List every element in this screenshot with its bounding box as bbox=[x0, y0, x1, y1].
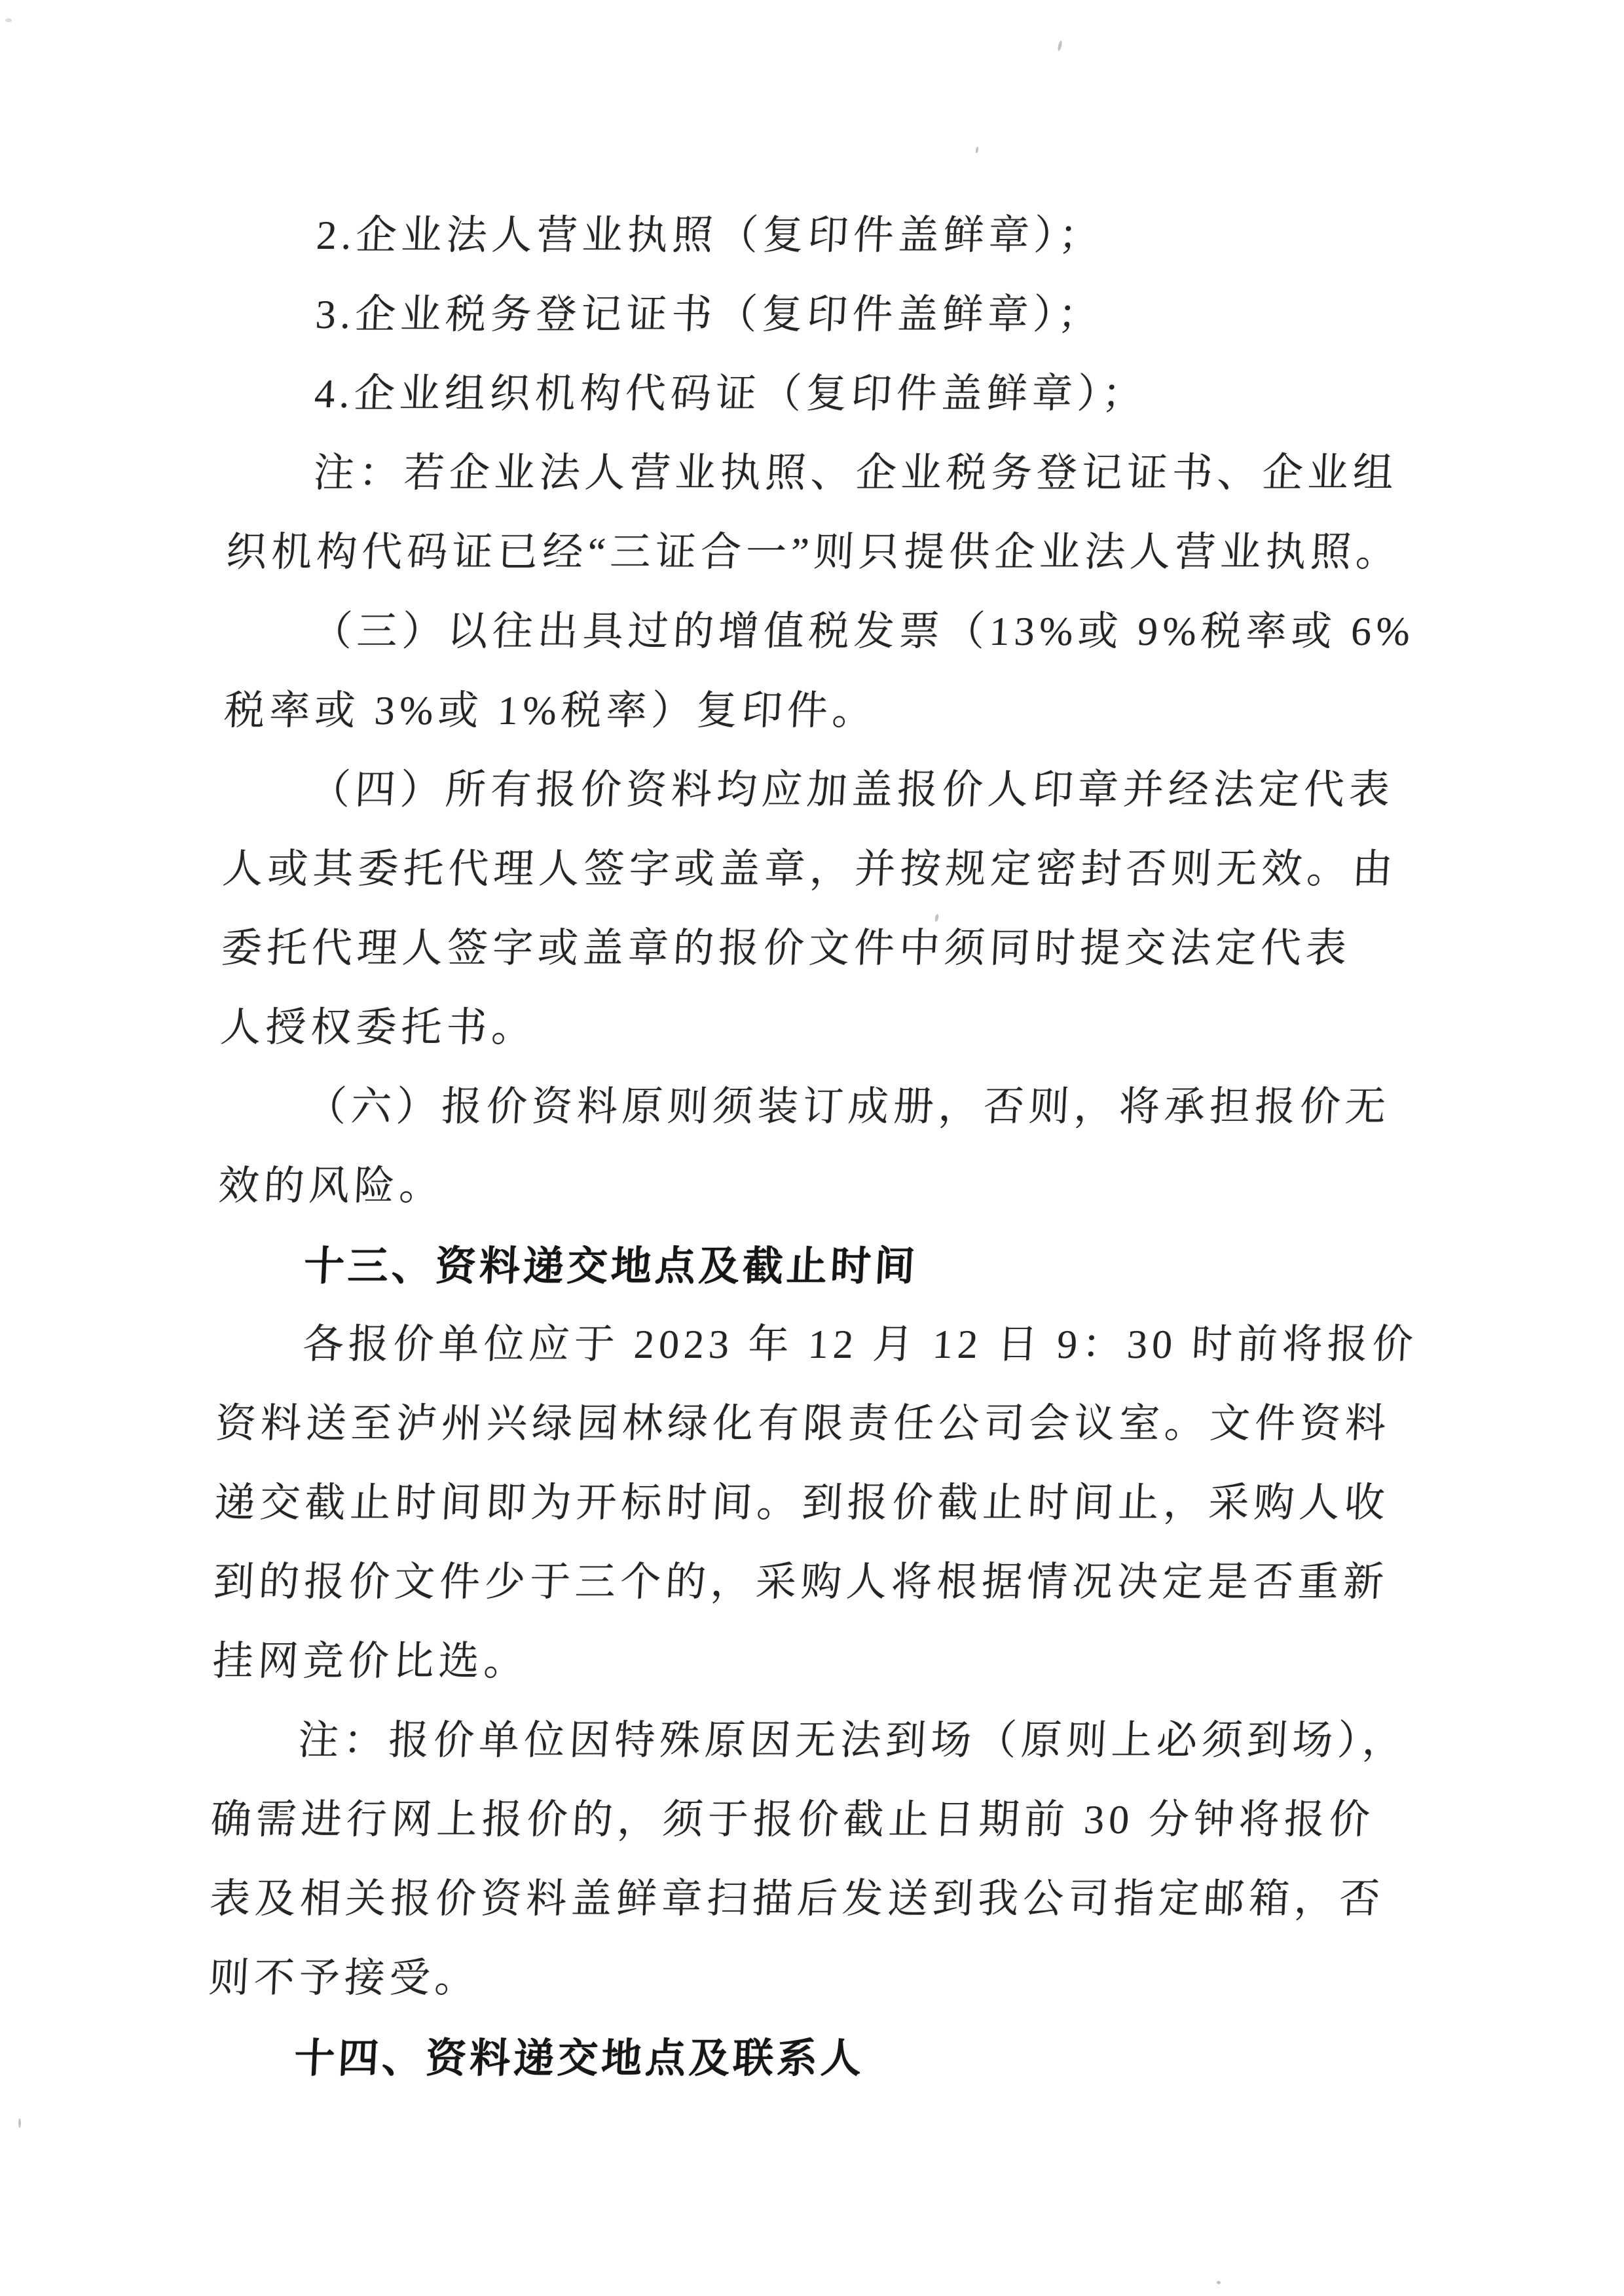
section-13-note-line-2: 确需进行网上报价的，须于报价截止日期前 30 分钟将报价 bbox=[209, 1781, 1398, 1860]
scan-speck bbox=[18, 2119, 21, 2128]
document-body: 2.企业法人营业执照（复印件盖鲜章）； 3.企业税务登记证书（复印件盖鲜章）； … bbox=[208, 196, 1416, 2098]
section-13-para-line-4: 到的报价文件少于三个的，采购人将根据情况决定是否重新 bbox=[212, 1543, 1401, 1622]
list-item-2-business-license: 2.企业法人营业执照（复印件盖鲜章）； bbox=[228, 196, 1417, 276]
note-three-in-one-line-1: 注：若企业法人营业执照、企业税务登记证书、企业组 bbox=[225, 434, 1414, 513]
clause-4-seal-signature-line-2: 人或其委托代理人签字或盖章，并按规定密封否则无效。由 bbox=[220, 830, 1409, 909]
section-13-para-line-1: 各报价单位应于 2023 年 12 月 12 日 9：30 时前将报价 bbox=[215, 1305, 1404, 1385]
section-13-note-line-1: 注：报价单位因特殊原因无法到场（原则上必须到场）， bbox=[210, 1702, 1399, 1781]
note-three-in-one-line-2: 织机构代码证已经“三证合一”则只提供企业法人营业执照。 bbox=[224, 513, 1413, 592]
list-item-3-tax-registration: 3.企业税务登记证书（复印件盖鲜章）； bbox=[227, 276, 1416, 355]
clause-6-binding-line-1: （六）报价资料原则须装订成册，否则，将承担报价无 bbox=[217, 1068, 1407, 1147]
scan-speck bbox=[1057, 41, 1063, 52]
document-page: 2.企业法人营业执照（复印件盖鲜章）； 3.企业税务登记证书（复印件盖鲜章）； … bbox=[0, 0, 1624, 2296]
scan-speck bbox=[5, 18, 12, 22]
clause-3-vat-invoice-line-1: （三）以往出具过的增值税发票（13%或 9%税率或 6% bbox=[223, 592, 1412, 672]
list-item-4-org-code-certificate: 4.企业组织机构代码证（复印件盖鲜章）； bbox=[226, 355, 1415, 434]
clause-6-binding-line-2: 效的风险。 bbox=[217, 1147, 1406, 1226]
scan-speck bbox=[1217, 2281, 1221, 2284]
section-heading-13: 十三、资料递交地点及截止时间 bbox=[215, 1226, 1405, 1305]
section-13-para-line-5: 挂网竞价比选。 bbox=[211, 1622, 1400, 1702]
section-13-para-line-3: 递交截止时间即为开标时间。到报价截止时间止，采购人收 bbox=[213, 1464, 1402, 1543]
clause-3-vat-invoice-line-2: 税率或 3%或 1%税率）复印件。 bbox=[222, 672, 1411, 751]
section-13-note-line-3: 表及相关报价资料盖鲜章扫描后发送到我公司指定邮箱，否 bbox=[208, 1860, 1397, 1939]
clause-4-seal-signature-line-3: 委托代理人签字或盖章的报价文件中须同时提交法定代表 bbox=[219, 909, 1409, 989]
scan-speck bbox=[975, 147, 979, 154]
section-13-note-line-4: 则不予接受。 bbox=[207, 1939, 1396, 2018]
section-heading-14: 十四、资料递交地点及联系人 bbox=[206, 2018, 1395, 2098]
clause-4-seal-signature-line-4: 人授权委托书。 bbox=[219, 989, 1408, 1068]
clause-4-seal-signature-line-1: （四）所有报价资料均应加盖报价人印章并经法定代表 bbox=[221, 751, 1411, 830]
section-13-para-line-2: 资料送至泸州兴绿园林绿化有限责任公司会议室。文件资料 bbox=[213, 1385, 1403, 1464]
